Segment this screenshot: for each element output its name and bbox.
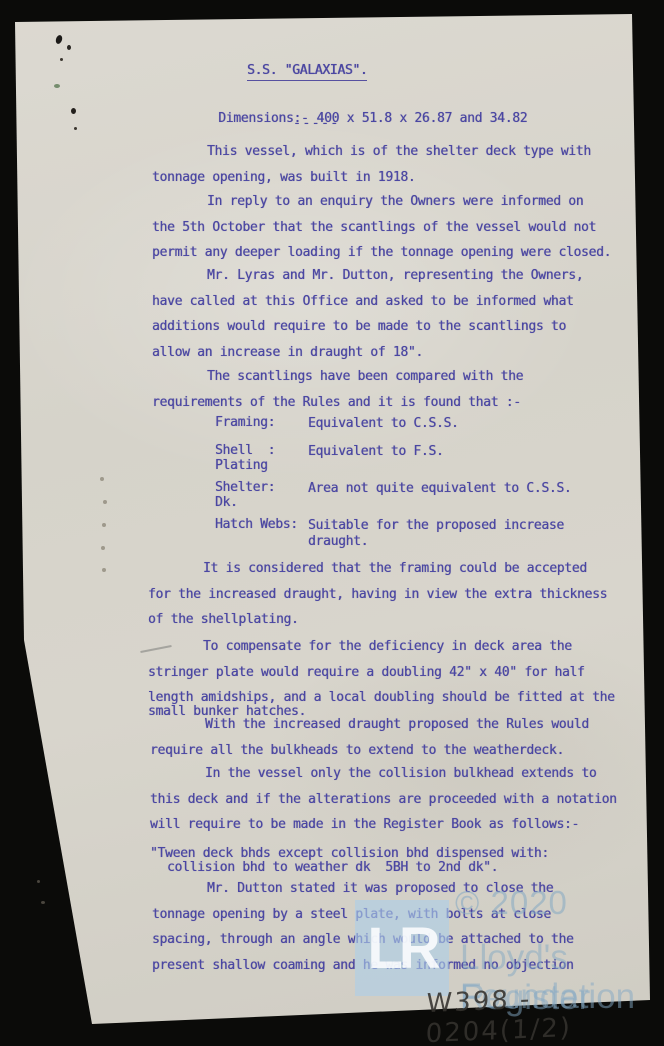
scanned-document-page: S.S. "GALAXIAS". Dimensions:-400 x 51.8 …	[0, 0, 664, 1046]
text-line: for the increased draught, having in vie…	[148, 582, 607, 608]
text-line: this deck and if the alterations are pro…	[150, 787, 617, 813]
text-line: In the vessel only the collision bulkhea…	[150, 761, 617, 787]
scantling-value: Suitable for the proposed increase	[308, 518, 564, 534]
register-notation: "Tween deck bhds except collision bhd di…	[150, 847, 549, 875]
scantling-value: Equivalent to C.S.S.	[308, 416, 459, 432]
document-title: S.S. "GALAXIAS".	[247, 63, 367, 81]
text-line: stringer plate would require a doubling …	[148, 660, 615, 686]
text-line: of the shellplating.	[148, 607, 607, 633]
scantling-row: Shell : Plating Equivalent to F.S.	[215, 444, 443, 473]
paragraph: The scantlings have been compared with t…	[152, 364, 523, 415]
watermark-copyright: © 2020	[455, 884, 568, 922]
text-line: requirements of the Rules and it is foun…	[152, 390, 523, 416]
scantling-label: Dk.	[215, 496, 308, 511]
text-line: collision bhd to weather dk 5BH to 2nd d…	[150, 861, 549, 875]
separator-dashes: -----	[293, 112, 340, 133]
lr-monogram: LR	[367, 915, 436, 982]
scantling-value: draught.	[308, 534, 564, 550]
scantling-label: Shell :	[215, 444, 308, 459]
lloyds-register-logo: LR	[355, 900, 449, 996]
archive-reference-handwriting: W398 - 0204(1/2)	[425, 979, 664, 1046]
scantling-value: Area not quite equivalent to C.S.S.	[308, 481, 571, 497]
paragraph: To compensate for the deficiency in deck…	[148, 634, 615, 724]
text-line: In reply to an enquiry the Owners were i…	[152, 189, 611, 215]
text-line: The scantlings have been compared with t…	[152, 364, 523, 390]
text-line: Mr. Lyras and Mr. Dutton, representing t…	[152, 263, 583, 289]
text-line: have called at this Office and asked to …	[152, 289, 583, 315]
paragraph: Mr. Lyras and Mr. Dutton, representing t…	[152, 263, 583, 365]
text-line: the 5th October that the scantlings of t…	[152, 215, 611, 241]
text-line: To compensate for the deficiency in deck…	[148, 634, 615, 660]
scantling-label: Shelter:	[215, 481, 308, 496]
scantling-row: Hatch Webs: Suitable for the proposed in…	[215, 518, 564, 549]
text-line: require all the bulkheads to extend to t…	[150, 738, 589, 764]
scantling-row: Framing: Equivalent to C.S.S.	[215, 416, 459, 432]
paragraph: In the vessel only the collision bulkhea…	[150, 761, 617, 838]
text-line: permit any deeper loading if the tonnage…	[152, 240, 611, 266]
text-line: allow an increase in draught of 18".	[152, 340, 583, 366]
text-line: "Tween deck bhds except collision bhd di…	[150, 847, 549, 861]
dimensions-value: 400 x 51.8 x 26.87 and 34.82	[317, 111, 528, 126]
paragraph: In reply to an enquiry the Owners were i…	[152, 189, 611, 266]
document-title-block: S.S. "GALAXIAS".	[247, 59, 367, 80]
text-line: It is considered that the framing could …	[148, 556, 607, 582]
text-line: will require to be made in the Register …	[150, 812, 617, 838]
scantling-label: Plating	[215, 459, 308, 474]
text-line: This vessel, which is of the shelter dec…	[152, 139, 591, 165]
paragraph: With the increased draught proposed the …	[150, 712, 589, 763]
scantling-value: Equivalent to F.S.	[308, 444, 443, 460]
text-line: tonnage opening, was built in 1918.	[152, 165, 591, 191]
scantling-row: Shelter: Dk. Area not quite equivalent t…	[215, 481, 571, 510]
scantling-label: Framing:	[215, 416, 308, 431]
text-line: additions would require to be made to th…	[152, 314, 583, 340]
scantling-label: Hatch Webs:	[215, 518, 308, 533]
paragraph: It is considered that the framing could …	[148, 556, 607, 633]
text-line: With the increased draught proposed the …	[150, 712, 589, 738]
paragraph: This vessel, which is of the shelter dec…	[152, 139, 591, 190]
